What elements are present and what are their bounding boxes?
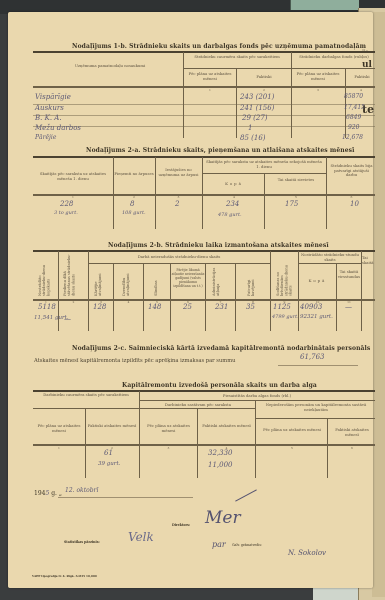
col-group-header: Darbā neieradušās strādnieku-dienu skait… — [90, 255, 268, 260]
capital-repair-label: Atskaites mēnesī kapitālremonta izpildīt… — [34, 358, 235, 364]
divider — [298, 263, 361, 264]
col-number: 2 — [238, 88, 290, 92]
col-group-header: Strādnieku darbalgas fonds (rubļos) — [294, 55, 374, 60]
row-line — [33, 126, 375, 127]
divider — [113, 263, 114, 331]
section-2b-title: Nodaļījums 2-b. Strādnieku laika izmanto… — [108, 242, 329, 249]
col-header-plan: Pēc plāna uz atskaites mēnesi — [34, 424, 84, 433]
col-number: 6 — [328, 195, 375, 199]
divider — [33, 156, 375, 158]
cell-value: 478 gurt. — [218, 212, 242, 218]
cell-value: 108 gurt. — [122, 210, 146, 216]
fill-line — [278, 365, 358, 366]
row-name: Mežu darbos — [35, 124, 81, 132]
cell-fact: 1 — [248, 124, 252, 132]
section-2a-title: Nodaļījums 2-a. Strādnieku skaits, pieņe… — [86, 147, 355, 154]
col-header-plan: Pēc plāna uz atskaites mēnesi — [293, 72, 343, 81]
col-header: Strādnieku skaits bija patvarīgi atstāju… — [328, 164, 375, 178]
col-header: Pieņemti no ārpuses — [114, 172, 154, 177]
form-sheet: Ila ul te Nodaļījums 1-b. Strādnieku ska… — [0, 0, 385, 600]
divider — [139, 391, 140, 478]
col-header: Iestājušies no uzņēmuma uz ārpusi — [156, 168, 201, 177]
col-header: Piedienu dīkā stāvēšanas strādnieku-dien… — [63, 254, 76, 296]
col-group-header: Skaitījās pēc saraksta uz atskaites mēne… — [204, 160, 324, 169]
col-header: Nostrādāto strādnieku-dienu kopskaits — [38, 254, 51, 296]
director-signature: Mer — [205, 508, 241, 528]
chief-prefix: par — [212, 540, 226, 549]
printer-imprint: VAPP tipografija № 4. Rīgā. 3c835 10,000 — [32, 574, 97, 578]
cell-value: 2 — [175, 200, 179, 208]
col-header: Sodīšanas no brīvdienām strādnieku-dienu… — [276, 254, 293, 296]
cell-value: 231 — [215, 303, 228, 311]
director-label: Direktors: — [172, 523, 190, 527]
divider — [327, 418, 328, 478]
row-name: Pārējie — [35, 134, 56, 141]
section-2c-title: Nodaļījums 2-c. Saimnieciskā kārtā izved… — [72, 345, 370, 352]
col-header: Dzemdību atvaļinājumi — [122, 268, 130, 296]
col-header-fact: Faktiski — [238, 75, 290, 80]
col-header-plan: Pēc plāna uz atskaites mēnesi — [141, 424, 196, 433]
chief-accountant-label: Galv. grāmatvedis: — [232, 543, 262, 547]
chief-accountant-signature: N. Sokolov — [288, 549, 326, 557]
col-number: 4 — [347, 88, 375, 92]
divider — [143, 263, 144, 331]
col-number: 1 — [34, 446, 84, 450]
divider — [139, 400, 375, 401]
cell-value: 128 — [93, 303, 106, 311]
col-number: 3 — [293, 88, 343, 92]
cell-value: 175 — [285, 200, 298, 208]
cell-value: 10 — [350, 200, 359, 208]
divider — [88, 263, 270, 264]
col-header-plan: Pēc plāna uz atskaites mēnesi — [185, 72, 235, 81]
divider — [183, 68, 375, 69]
col-header-fact: Faktiski atskaites mēnesī — [329, 428, 375, 437]
divider — [113, 157, 114, 229]
col-header: Kopā — [204, 182, 264, 187]
col-number: 6 — [329, 446, 375, 450]
col-number: 1 — [34, 195, 112, 199]
col-group-header: Piesaistītās darba algas fonds (rbl.) — [141, 394, 373, 399]
row-name: Vispārīgie — [35, 93, 71, 101]
capital-repair-value: 61,763 — [300, 353, 325, 361]
col-header: Patvarīgi kavējumi — [247, 268, 255, 296]
col-number: 4 — [204, 195, 264, 199]
cell-value: 8 — [130, 200, 134, 208]
row-line — [33, 115, 375, 116]
divider — [202, 173, 326, 174]
cell-value: 1125 — [273, 303, 291, 311]
cell-fund: 85870 — [344, 93, 363, 100]
col-header: Administrācijas atļauja — [212, 266, 220, 296]
cell-value: 148 — [148, 303, 161, 311]
col-group-header: Darbinieku caurmēra skaits pēc sarakstti… — [34, 393, 138, 398]
cell-fund: 920 — [348, 124, 359, 131]
col-header: Pārējie likumā atļautie neierašanās gadī… — [171, 268, 205, 288]
statistics-signature: Velk — [128, 530, 154, 544]
col-header-fact: Faktiski — [347, 75, 377, 80]
divider — [264, 173, 265, 229]
date-prefix: 194 — [34, 490, 45, 497]
divider — [235, 263, 236, 331]
cell-value: — — [64, 315, 71, 323]
cell-fund: 17,415 — [344, 104, 365, 111]
cell-value: 40903 — [300, 303, 322, 311]
col-number: 3 — [141, 446, 196, 450]
col-number: 5 — [257, 446, 327, 450]
divider — [197, 408, 198, 478]
cell-value: 3 to gurt. — [54, 210, 78, 216]
col-number: 2 — [59, 300, 88, 304]
capital-repair-title: Kapitālremontu izvedošā personāla skaits… — [122, 382, 317, 389]
col-header: Kārtējie atvaļinājumi — [94, 270, 102, 296]
cell-fact: 241 (156) — [240, 104, 274, 112]
col-number: 1 — [185, 88, 235, 92]
col-subgroup-header: Nepiederošām personām un kapitālremonta … — [257, 403, 375, 412]
col-header-fact: Faktiski atskaites mēnesī — [199, 424, 254, 429]
cell-fact: 29 (27) — [242, 114, 268, 122]
cell-value: 92321 gurt. — [300, 314, 333, 320]
col-header-name: Uzņēmuma pamatnodaļu nosaukumi — [40, 64, 180, 69]
col-header-cut: Tai skaitā — [362, 256, 376, 265]
date-value: 12. oktobrī — [65, 487, 98, 494]
col-header: Kopā — [299, 279, 336, 284]
report-date: 1945 g. „ — [34, 490, 62, 497]
col-group-header: Strādnieku caurmēra skaits pēc sarakstti… — [186, 55, 288, 60]
divider — [205, 263, 206, 331]
divider — [270, 251, 271, 331]
col-number: 2 — [114, 195, 154, 199]
divider — [345, 68, 346, 138]
cell-fund: 6849 — [346, 114, 361, 121]
divider — [85, 408, 86, 478]
cell-value: — — [345, 303, 352, 311]
divider — [139, 408, 255, 409]
cell-fund: 12,678 — [342, 134, 363, 141]
row-line — [33, 104, 375, 105]
cell-fact: 85 (16) — [240, 134, 266, 142]
cell-value: 228 — [60, 200, 73, 208]
divider — [255, 418, 375, 419]
cell-value: 61 — [104, 449, 113, 457]
cell-value: 5118 — [38, 303, 56, 311]
col-group-header: Nostrādāto strādnieku-stundu skaits — [299, 253, 361, 262]
col-header-fact: Faktiski atskaites mēnesī — [86, 424, 138, 429]
date-suffix: g. „ — [51, 490, 62, 497]
row-name: Auskurs — [35, 104, 64, 112]
col-header-plan: Pēc plāna uz atskaites mēnesi — [257, 428, 327, 433]
divider — [236, 68, 237, 138]
col-header: Tai skaitā sievietes — [266, 178, 326, 183]
divider — [255, 401, 256, 478]
divider — [33, 408, 139, 409]
fill-line — [58, 497, 193, 498]
cell-fact: 243 (201) — [240, 93, 274, 101]
signature-stroke — [235, 489, 257, 501]
divider — [326, 157, 327, 229]
col-header: Slimības — [154, 272, 158, 296]
col-number: 5 — [266, 195, 326, 199]
cell-value: 35 — [246, 303, 255, 311]
cell-value: 39 gurt. — [98, 461, 120, 467]
divider — [202, 157, 203, 229]
col-header: Tai skaitā virsstundas — [337, 270, 361, 279]
col-number: 3 — [156, 195, 201, 199]
col-subgroup-header: Darbinieku sastāvam pēc saraksta — [141, 403, 255, 408]
cell-value: 234 — [226, 200, 239, 208]
section-1b-title: Nodaļījums 1-b. Strādnieku skaits un dar… — [72, 43, 366, 50]
divider — [33, 51, 375, 53]
cell-value: 4799 gurt. — [272, 314, 299, 320]
col-header: Skaitījās pēc saraksta uz atskaites mēne… — [34, 172, 112, 181]
cell-value: 25 — [183, 303, 192, 311]
row-name: B. K. A. — [35, 114, 62, 122]
col-number: 4 — [114, 300, 143, 304]
statistics-label: Statistikas pārzinis: — [64, 540, 100, 544]
date-year-digit: 5 — [45, 490, 49, 497]
cell-value: 32,330 — [208, 449, 233, 457]
cell-value: 11,000 — [208, 461, 233, 469]
